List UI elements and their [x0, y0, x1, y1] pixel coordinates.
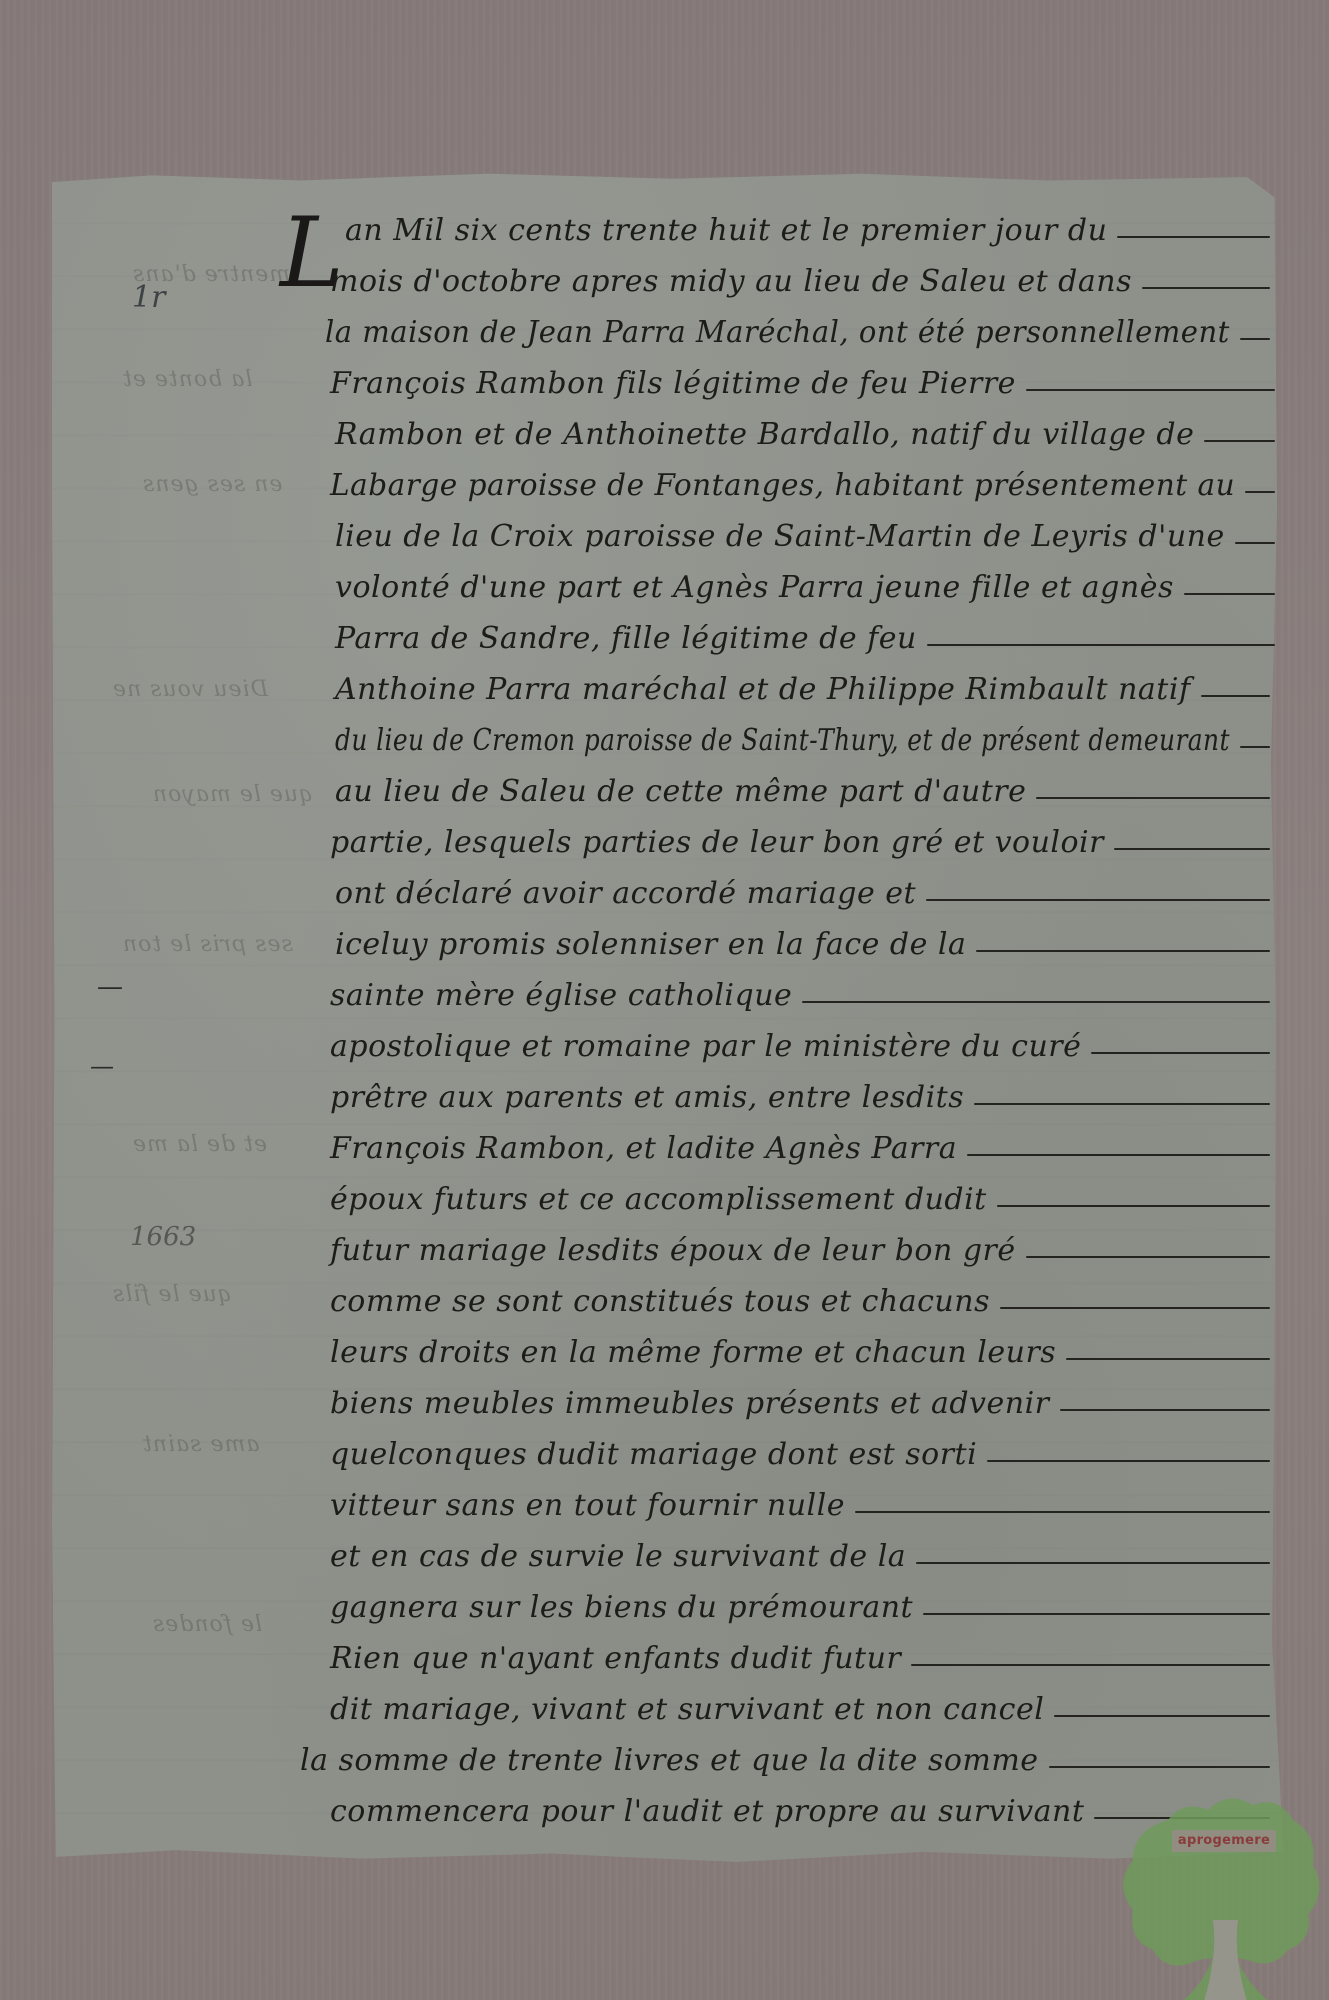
text-line: sainte mère église catholique	[330, 965, 1270, 1011]
margin-date-number: 1663	[130, 1222, 196, 1252]
text-line: au lieu de Saleu de cette même part d'au…	[335, 761, 1270, 807]
tree-icon	[1108, 1780, 1329, 2000]
text-line: Labarge paroisse de Fontanges, habitant …	[330, 455, 1275, 501]
watermark-label: aprogemere	[1172, 1830, 1276, 1852]
text-line: comme se sont constitués tous et chacuns	[330, 1271, 1270, 1317]
text-line: Rambon et de Anthoinette Bardallo, natif…	[335, 404, 1275, 450]
aprogemere-watermark: aprogemere	[1108, 1780, 1329, 2000]
text-line: partie, lesquels parties de leur bon gré…	[330, 812, 1270, 858]
bleed-through-text: et de la me	[132, 1132, 267, 1157]
text-line: François Rambon, et ladite Agnès Parra	[330, 1118, 1270, 1164]
text-line: Rien que n'ayant enfants dudit futur	[330, 1628, 1270, 1674]
text-line: époux futurs et ce accomplissement dudit	[330, 1169, 1270, 1215]
text-line: apostolique et romaine par le ministère …	[330, 1016, 1270, 1062]
text-line: leurs droits en la même forme et chacun …	[330, 1322, 1270, 1368]
text-line: volonté d'une part et Agnès Parra jeune …	[335, 557, 1275, 603]
bleed-through-text: que le fils	[112, 1282, 232, 1307]
text-line: biens meubles immeubles présents et adve…	[330, 1373, 1270, 1419]
margin-dash: —	[90, 1052, 114, 1080]
text-line: la somme de trente livres et que la dite…	[300, 1730, 1270, 1776]
text-line: mois d'octobre apres midy au lieu de Sal…	[330, 251, 1270, 297]
folio-number: 1r	[132, 280, 165, 315]
bleed-through-text: ses pris le ton	[122, 932, 293, 957]
bleed-through-text: ame saint	[142, 1432, 259, 1457]
text-line: futur mariage lesdits époux de leur bon …	[330, 1220, 1270, 1266]
bleed-through-text: en ses gens	[142, 472, 282, 497]
text-line: prêtre aux parents et amis, entre lesdit…	[330, 1067, 1270, 1113]
text-line: vitteur sans en tout fournir nulle	[330, 1475, 1270, 1521]
text-line: ont déclaré avoir accordé mariage et	[335, 863, 1270, 909]
bleed-through-text: le fondes	[152, 1612, 262, 1637]
text-line: du lieu de Cremon paroisse de Saint-Thur…	[335, 710, 1270, 756]
text-line: Anthoine Parra maréchal et de Philippe R…	[335, 659, 1270, 705]
text-line: François Rambon fils légitime de feu Pie…	[330, 353, 1275, 399]
text-line: quelconques dudit mariage dont est sorti	[330, 1424, 1270, 1470]
margin-dash: —	[97, 972, 123, 1002]
text-line: gagnera sur les biens du prémourant	[330, 1577, 1270, 1623]
bleed-through-text: que le mayon	[152, 782, 313, 807]
text-line: an Mil six cents trente huit et le premi…	[345, 200, 1270, 246]
text-line: Parra de Sandre, fille légitime de feu	[335, 608, 1275, 654]
text-line: la maison de Jean Parra Maréchal, ont ét…	[325, 302, 1270, 348]
text-line: et en cas de survie le survivant de la	[330, 1526, 1270, 1572]
text-line: lieu de la Croix paroisse de Saint-Marti…	[335, 506, 1275, 552]
bleed-through-text: la bonte et	[122, 367, 252, 392]
bleed-through-text: Dieu vous ne	[112, 677, 268, 702]
text-line: iceluy promis solenniser en la face de l…	[335, 914, 1270, 960]
text-line: dit mariage, vivant et survivant et non …	[330, 1679, 1270, 1725]
